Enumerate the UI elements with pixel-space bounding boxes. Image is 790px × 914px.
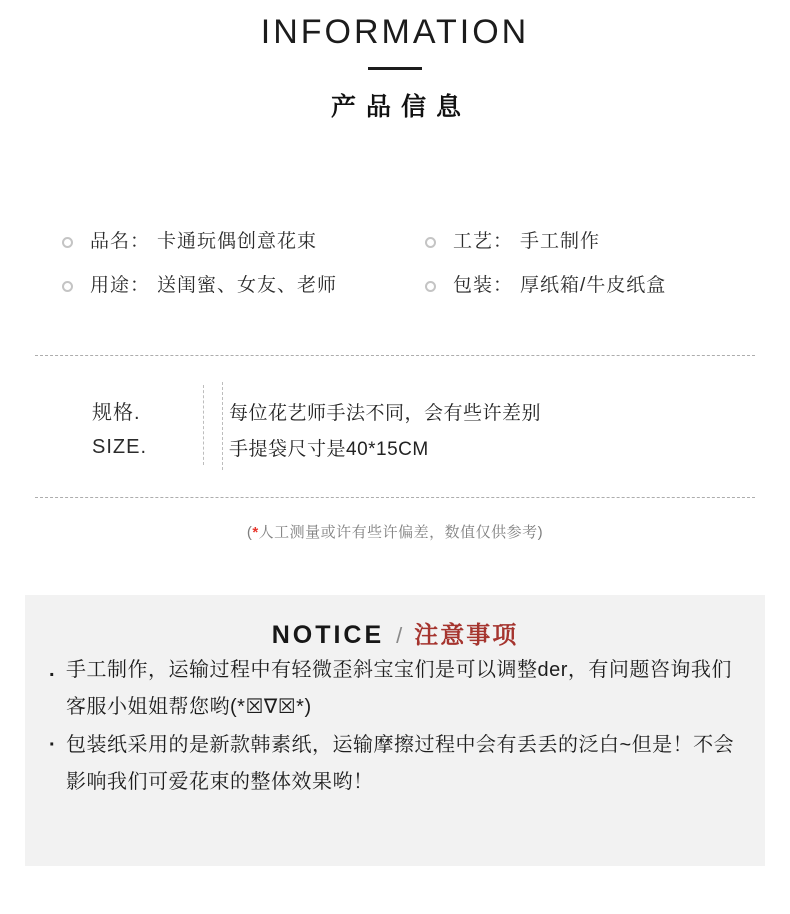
vertical-dashed-rule: [203, 385, 204, 465]
notice-line: 客服小姐姐帮您哟(*☒∇☒*): [66, 689, 732, 726]
notice-line: 手工制作，运输过程中有轻微歪斜宝宝们是可以调整der，有问题咨询我们: [66, 652, 732, 689]
bullet-dot-icon: .: [49, 652, 55, 689]
notice-title-en: NOTICE: [272, 621, 384, 650]
info-label: 用途：: [90, 275, 150, 297]
info-label: 品名：: [90, 231, 150, 253]
notice-item: · 包装纸采用的是新款韩素纸，运输摩擦过程中会有丢丢的泛白~但是！不会 影响我们…: [66, 727, 734, 801]
spec-label-cn: 规格.: [92, 396, 141, 425]
dashed-divider: [35, 355, 755, 356]
info-value: 卡通玩偶创意花束: [157, 231, 317, 253]
info-item-packaging: 包装： 厚纸箱/牛皮纸盒: [425, 275, 666, 297]
notice-section: NOTICE / 注意事项 . 手工制作，运输过程中有轻微歪斜宝宝们是可以调整d…: [25, 595, 765, 866]
info-item-usage: 用途： 送闺蜜、女友、老师: [62, 275, 337, 297]
info-label: 包装：: [453, 275, 513, 297]
info-value: 手工制作: [520, 231, 600, 253]
info-value: 厚纸箱/牛皮纸盒: [520, 275, 666, 297]
note-text: 人工测量或许有些许偏差，数值仅供参考): [259, 524, 544, 541]
page-title-en: INFORMATION: [0, 13, 790, 52]
circle-bullet-icon: [62, 281, 73, 292]
measurement-note: (*人工测量或许有些许偏差，数值仅供参考): [0, 521, 790, 542]
circle-bullet-icon: [62, 237, 73, 248]
title-divider-rule: [368, 67, 422, 70]
notice-title-separator: /: [396, 623, 402, 649]
circle-bullet-icon: [425, 237, 436, 248]
bullet-dot-icon: ·: [49, 727, 56, 764]
circle-bullet-icon: [425, 281, 436, 292]
notice-line: 影响我们可爱花束的整体效果哟！: [66, 764, 734, 801]
product-info-page: INFORMATION 产品信息 品名： 卡通玩偶创意花束 工艺： 手工制作 用…: [0, 0, 790, 914]
dashed-divider: [35, 497, 755, 498]
notice-item: . 手工制作，运输过程中有轻微歪斜宝宝们是可以调整der，有问题咨询我们 客服小…: [66, 652, 732, 726]
spec-text-line: 每位花艺师手法不同，会有些许差别: [229, 398, 541, 425]
vertical-dashed-rule: [222, 382, 223, 470]
info-label: 工艺：: [453, 231, 513, 253]
info-item-name: 品名： 卡通玩偶创意花束: [62, 231, 317, 253]
info-value: 送闺蜜、女友、老师: [157, 275, 337, 297]
notice-title-cn: 注意事项: [414, 615, 518, 650]
spec-text-line: 手提袋尺寸是40*15CM: [229, 434, 429, 461]
notice-line: 包装纸采用的是新款韩素纸，运输摩擦过程中会有丢丢的泛白~但是！不会: [66, 727, 734, 764]
info-item-craft: 工艺： 手工制作: [425, 231, 600, 253]
spec-label-en: SIZE.: [92, 436, 147, 459]
page-title-cn: 产品信息: [6, 87, 790, 123]
notice-heading: NOTICE / 注意事项: [25, 615, 765, 650]
